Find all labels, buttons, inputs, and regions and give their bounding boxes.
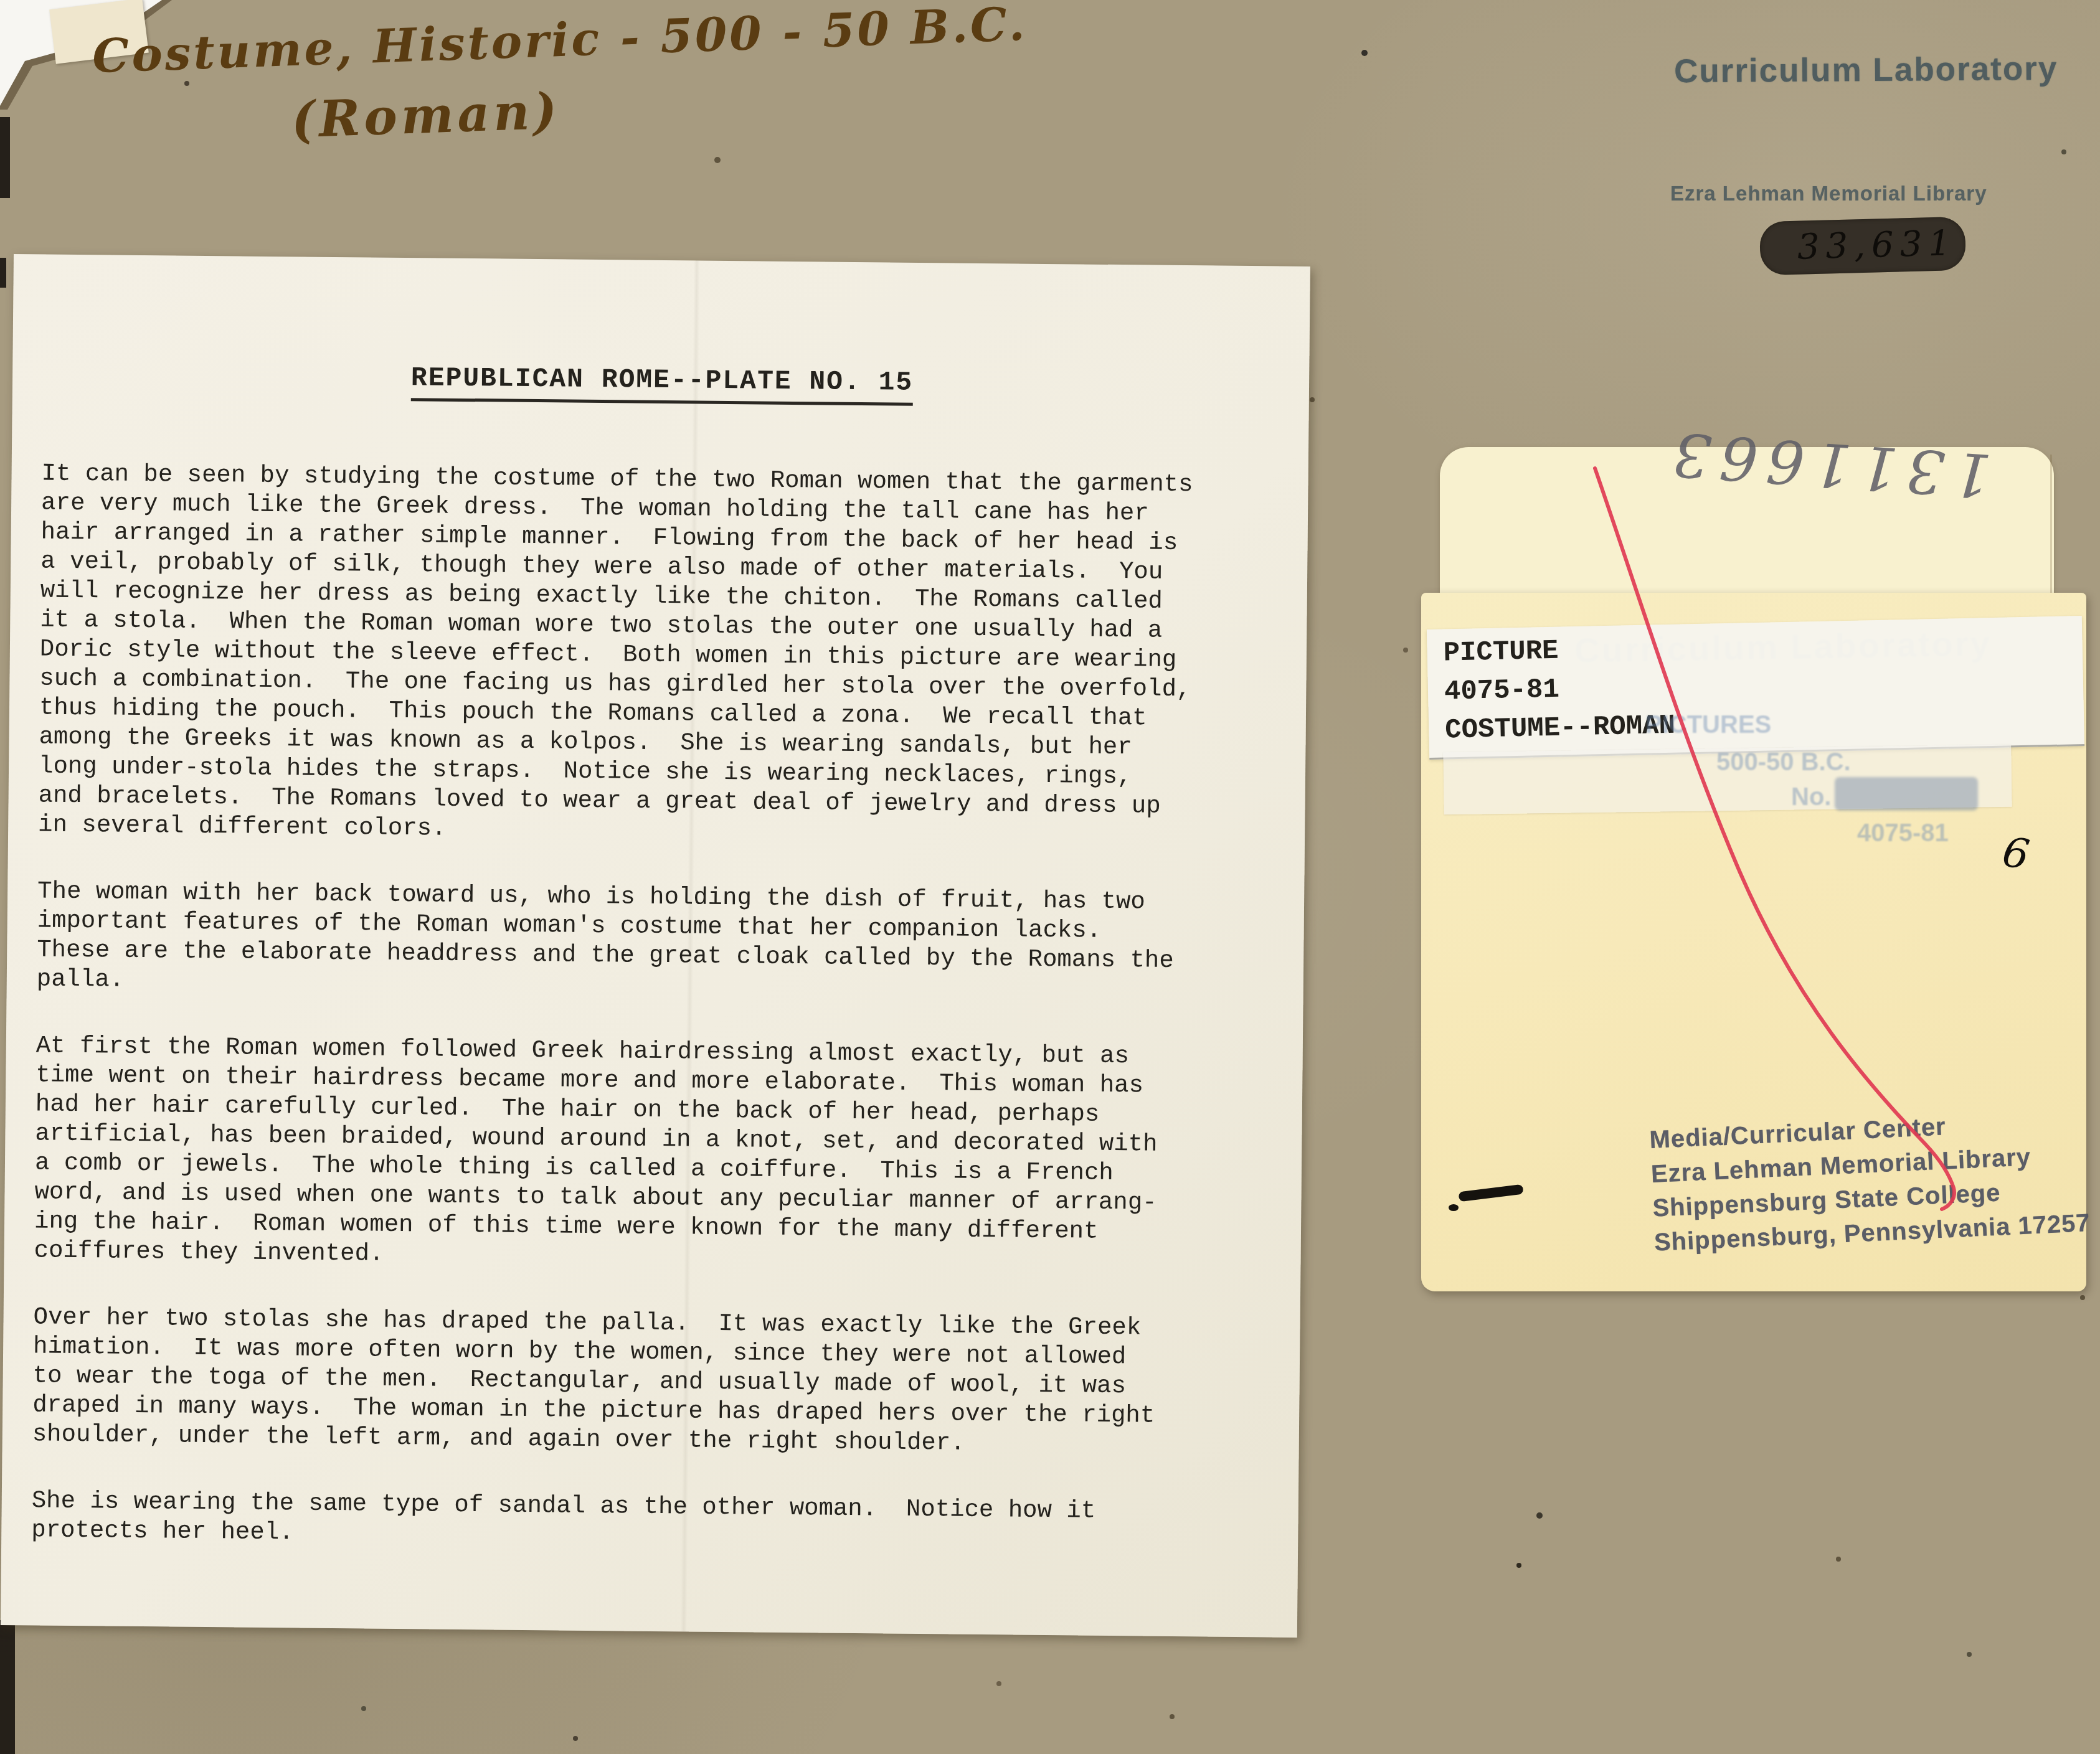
ghost-line-pictures: PICTURES [1645, 711, 1771, 739]
paragraph-1: It can be seen by studying the costume o… [38, 459, 1281, 851]
edge-artifact-left-top [0, 117, 10, 198]
handwriting-roman-note: (Roman) [290, 81, 561, 149]
accession-number: 33,631 [1797, 223, 1957, 268]
address-stamp: Media/Curricular Center Ezra Lehman Memo… [1648, 1103, 2091, 1260]
typed-sheet-content: REPUBLICAN ROME--PLATE NO. 15 It can be … [31, 359, 1282, 1594]
paragraph-4: Over her two stolas she has draped the p… [32, 1303, 1273, 1461]
ghost-line-no: No. [1791, 783, 1831, 811]
ghost-number-blob [1835, 777, 1978, 811]
typed-sheet: REPUBLICAN ROME--PLATE NO. 15 It can be … [1, 254, 1310, 1638]
paragraph-5: She is wearing the same type of sandal a… [31, 1486, 1271, 1557]
page-title-text: REPUBLICAN ROME--PLATE NO. 15 [411, 362, 914, 406]
scanned-document: Costume, Historic - 500 - 50 B.C. (Roman… [0, 0, 2100, 1754]
page-title: REPUBLICAN ROME--PLATE NO. 15 [42, 359, 1282, 401]
paper-speckles [0, 0, 2, 2]
ghost-line-number: 4075-81 [1857, 819, 1949, 847]
paragraph-2: The woman with her back toward us, who i… [37, 877, 1277, 1006]
edge-artifact-left-bottom [0, 1620, 15, 1754]
curriculum-laboratory-stamp: Curriculum Laboratory [1674, 50, 2058, 90]
ink-dot-mark [1449, 1204, 1459, 1211]
accession-number-blackout: 33,631 [1759, 217, 1966, 276]
edge-artifact-left-mid [0, 258, 6, 288]
handwriting-category-note: Costume, Historic - 500 - 50 B.C. [92, 0, 1028, 83]
envelope-label-text: PICTURE 4075-81 COSTUME--ROMAN [1443, 629, 1675, 750]
ezra-lehman-library-stamp: Ezra Lehman Memorial Library [1670, 182, 1987, 205]
envelope-flap-edge [2050, 455, 2052, 598]
ghost-line-dates: 500-50 B.C. [1716, 748, 1851, 776]
paragraph-3: At first the Roman women followed Greek … [34, 1031, 1275, 1277]
